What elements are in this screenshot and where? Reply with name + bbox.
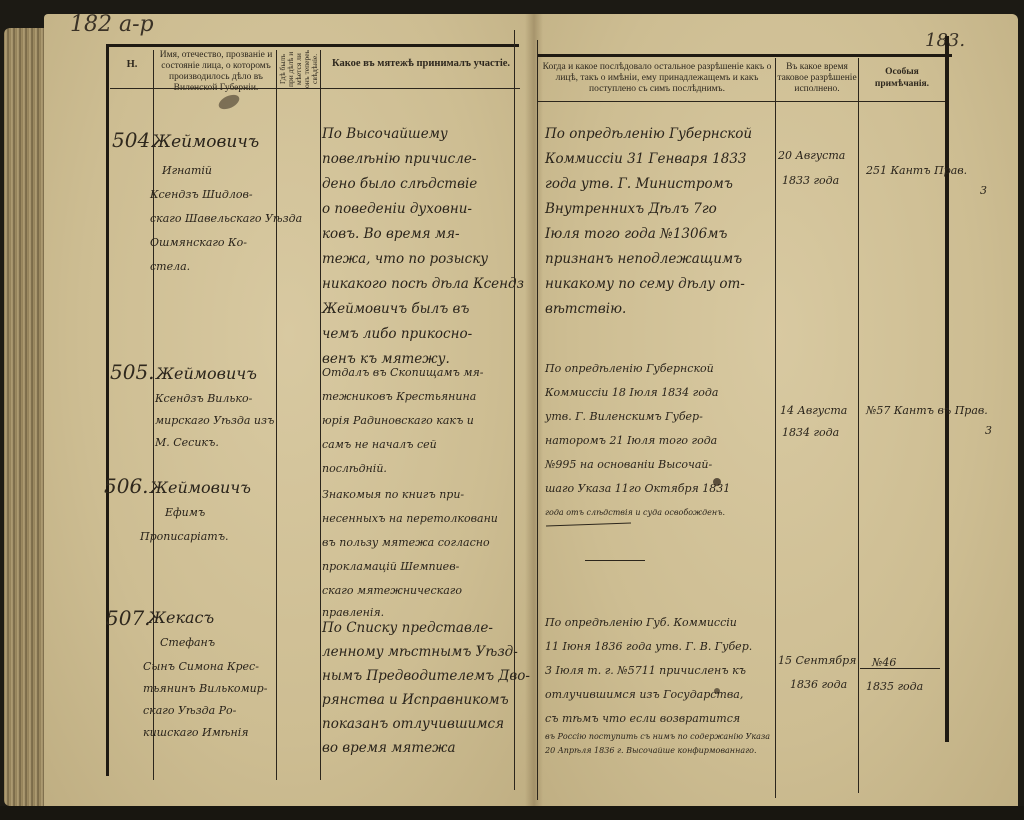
participation-line: несенныхъ на перетолковани	[322, 508, 498, 530]
entry-name-line: Стефанъ	[160, 632, 215, 654]
resolution-line: 11 Іюня 1836 года утв. Г. В. Губер.	[545, 636, 752, 658]
entry-name-line: Игнатій	[162, 160, 212, 182]
resolution-line: Коммиссіи 31 Генваря 1833	[545, 145, 747, 173]
entry-name-line: М. Сесикъ.	[155, 432, 219, 454]
participation-line: повелѣнію причисле-	[322, 145, 476, 173]
participation-line: самъ не началъ сей	[322, 434, 437, 456]
notes-line: 3	[980, 180, 987, 202]
entry-number: 505.	[110, 360, 155, 384]
resolution-line: Іюля того года №1306мъ	[545, 220, 727, 248]
resolution-line: наторомъ 21 Іюля того года	[545, 430, 717, 452]
bottom-shadow	[0, 806, 1024, 820]
executed-date-line: 20 Августа	[778, 145, 845, 167]
left-table-outer-rule	[106, 44, 109, 776]
header-where: Гдѣ былъ при дѣлѣ и мѣется ли онъ тепере…	[279, 50, 319, 88]
participation-line: По Высочайшему	[322, 120, 448, 148]
executed-date-line: 1833 года	[782, 170, 839, 192]
resolution-line: По опредѣленію Губернской	[545, 358, 714, 380]
notes-line: 1835 года	[866, 676, 923, 698]
participation-line: дено было слѣдствіе	[322, 170, 477, 198]
entry-surname: Жеймовичъ	[156, 360, 257, 388]
header-notes: Особыя примѣчанія.	[860, 66, 944, 90]
ink-flourish	[585, 560, 645, 561]
notes-line: №57 Кантъ въ Прав.	[866, 400, 988, 422]
resolution-line: Внутреннихъ Дѣлъ 7го	[545, 195, 717, 223]
executed-date-line: 1834 года	[782, 422, 839, 444]
participation-line: Жеймовичъ былъ въ	[322, 295, 469, 323]
resolution-line: отлучившимся изъ Государства,	[545, 684, 743, 706]
resolution-line: никакому по сему дѣлу от-	[545, 270, 745, 298]
executed-date-line: 14 Августа	[780, 400, 847, 422]
resolution-line: 3 Іюля т. г. №5711 причисленъ къ	[545, 660, 746, 682]
participation-line: ковъ. Во время мя-	[322, 220, 460, 248]
resolution-line: въ Россію поступить съ нимъ по содержані…	[545, 730, 770, 744]
page-hole	[713, 478, 721, 486]
entry-name-line: Ксендзъ Вилько-	[155, 388, 252, 410]
participation-line: тежа, что по розыску	[322, 245, 488, 273]
entry-name-line: тьянинъ Вилькомир-	[143, 678, 267, 700]
open-register-book: 182 а-р 183. Н. Имя, отечество, прозвані…	[0, 0, 1024, 820]
resolution-line: съ тѣмъ что если возвратится	[545, 708, 740, 730]
col-rule-where	[320, 50, 321, 780]
resolution-line: утв. Г. Виленскимъ Губер-	[545, 406, 703, 428]
entry-name-line: Ксендзъ Шидлов-	[150, 184, 253, 206]
participation-line: юрія Радиновскаго какъ и	[322, 410, 474, 432]
notes-line: 251 Кантъ Прав.	[866, 160, 967, 182]
participation-line: прокламацій Шемпиев-	[322, 556, 459, 578]
entry-surname: Жеймовичъ	[152, 128, 259, 156]
resolution-line: года утв. Г. Министромъ	[545, 170, 733, 198]
col-rule-resolution	[775, 58, 776, 798]
entry-name-line: стела.	[150, 256, 190, 278]
entry-name-line: Сынъ Симона Крес-	[143, 656, 259, 678]
resolution-line: №995 на основаніи Высочай-	[545, 454, 712, 476]
entry-name-line: скаго Шавельскаго Уѣзда	[150, 208, 302, 230]
entry-number: 507.	[106, 606, 151, 630]
participation-line: Отдалъ въ Скопищамъ мя-	[322, 362, 483, 384]
header-executed: Въ какое время таковое разрѣшеніе исполн…	[777, 62, 857, 95]
participation-line: никакого посѣ дѣла Ксендз	[322, 270, 524, 298]
resolution-line: 20 Апрѣля 1836 г. Высочайше конфирмованн…	[545, 744, 757, 758]
executed-date-line: 15 Сентября	[778, 650, 856, 672]
resolution-line: вѣтствію.	[545, 295, 626, 323]
entry-name-line: мирскаго Уѣзда изъ	[155, 410, 274, 432]
right-header-bottom-rule	[538, 101, 948, 102]
participation-line: Знакомыя по книгъ при-	[322, 484, 464, 506]
entry-number: 504.	[112, 128, 157, 152]
book-gutter	[525, 14, 543, 814]
participation-line: чемъ либо прикосно-	[322, 320, 472, 348]
entry-surname: Жекасъ	[148, 604, 214, 632]
entry-name-line: кишскаго Имѣнія	[143, 722, 249, 744]
participation-line: о поведеніи духовни-	[322, 195, 472, 223]
header-no: Н.	[112, 59, 152, 71]
entry-name-line: Ефимъ	[165, 502, 205, 524]
col-rule-resolution-left	[537, 40, 538, 800]
participation-line: во время мятежа	[322, 734, 456, 762]
resolution-line: года отъ слѣдствія и суда освобожденъ.	[545, 506, 725, 520]
resolution-line: Коммиссіи 18 Іюля 1834 года	[545, 382, 718, 404]
entry-number: 506.	[104, 474, 149, 498]
header-name: Имя, отечество, прозваніе и состояніе ли…	[156, 50, 276, 94]
resolution-line: признанъ неподлежащимъ	[545, 245, 742, 273]
notes-underline	[860, 668, 940, 669]
entry-name-line: Ошмянскаго Ко-	[150, 232, 247, 254]
participation-line: тежниковъ Крестьянина	[322, 386, 476, 408]
col-rule-executed	[858, 58, 859, 793]
entry-name-line: скаго Уѣзда Ро-	[143, 700, 236, 722]
header-participation: Какое въ мятежѣ принималъ участіе.	[323, 58, 519, 70]
page-hole	[714, 688, 720, 694]
entry-name-line: Прописаріатъ.	[140, 526, 229, 548]
entry-surname: Жеймовичъ	[150, 474, 251, 502]
notes-line: №46	[872, 652, 896, 674]
header-resolution: Когда и какое послѣдовало остальное разр…	[540, 62, 774, 95]
resolution-line: По опредѣленію Губернской	[545, 120, 752, 148]
left-page-number: 182 а-р	[70, 12, 154, 37]
col-rule-name	[276, 50, 277, 780]
right-table-top-rule	[538, 54, 952, 57]
right-table-outer-rule	[945, 36, 949, 742]
notes-line: 3	[985, 420, 992, 442]
resolution-line: По опредѣленію Губ. Коммиссіи	[545, 612, 737, 634]
participation-line: въ пользу мятежа согласно	[322, 532, 490, 554]
executed-date-line: 1836 года	[790, 674, 847, 696]
participation-line: послѣдній.	[322, 458, 387, 480]
left-table-top-rule	[107, 44, 519, 47]
participation-line: скаго мятежническаго	[322, 580, 462, 602]
resolution-line: шаго Указа 11го Октября 1831	[545, 478, 730, 500]
